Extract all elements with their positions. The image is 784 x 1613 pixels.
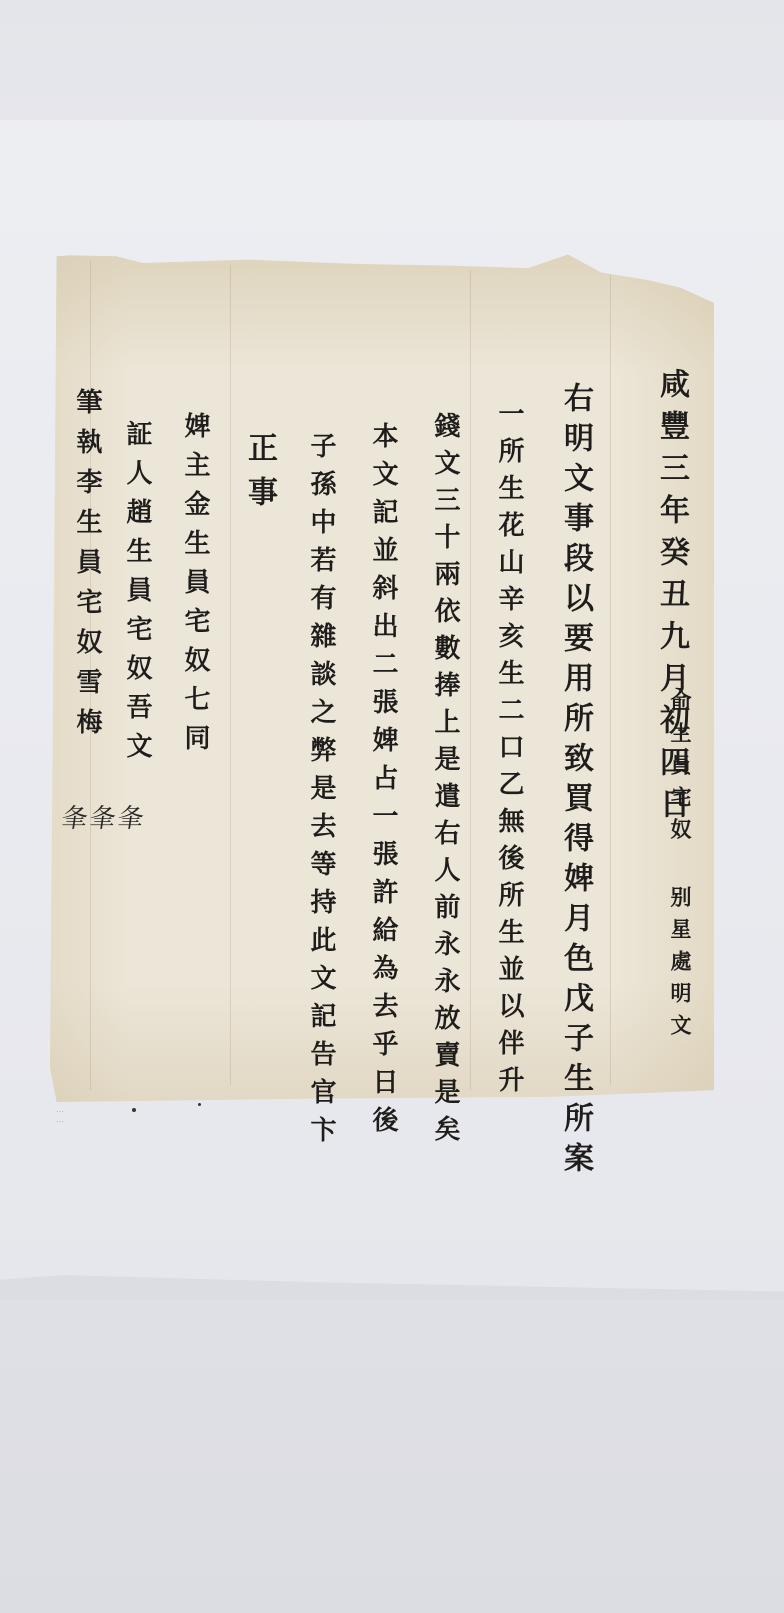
backdrop <box>0 0 784 140</box>
body-line-5: 子孫中若有雜談之弊是去等持此文記告官卞 <box>308 432 334 1154</box>
paper-crease <box>230 265 231 1085</box>
writer-line: 筆執李生員宅奴雪梅 <box>74 388 100 748</box>
title-column: 俞生員宅奴 别星處明文 <box>670 690 691 1046</box>
signature-mark: 夆 <box>59 798 86 835</box>
paper-crease <box>470 270 471 1090</box>
body-line-6: 正事 <box>244 432 274 520</box>
body-line-3: 錢文三十兩依數捧上是遣右人前永永放賣是矣 <box>432 412 458 1152</box>
signature-mark: 夆 <box>115 798 142 835</box>
ink-spot <box>198 1103 201 1106</box>
body-line-1: 右明文事段以要用所致買得婢月色戊子生所案 <box>560 382 590 1182</box>
body-line-4: 本文記並斜出二張婢占一張許給為去乎日後 <box>370 422 396 1144</box>
signature-mark: 夆 <box>87 798 114 835</box>
ink-spot <box>132 1108 136 1112</box>
body-line-2: 一所生花山辛亥生二口乙無後所生並以伴升 <box>496 400 522 1103</box>
archive-stamp-line: … <box>56 1115 96 1125</box>
backdrop-bottom <box>0 1300 784 1613</box>
owner-line: 婢主金生員宅奴七同 <box>182 412 208 763</box>
archive-stamp: … … <box>56 1105 96 1126</box>
archive-stamp-line: … <box>56 1105 96 1115</box>
witness-line: 証人趙生員宅奴吾文 <box>124 420 150 771</box>
signature-marks: 夆 夆 夆 <box>62 775 242 835</box>
paper-crease <box>610 275 611 1085</box>
